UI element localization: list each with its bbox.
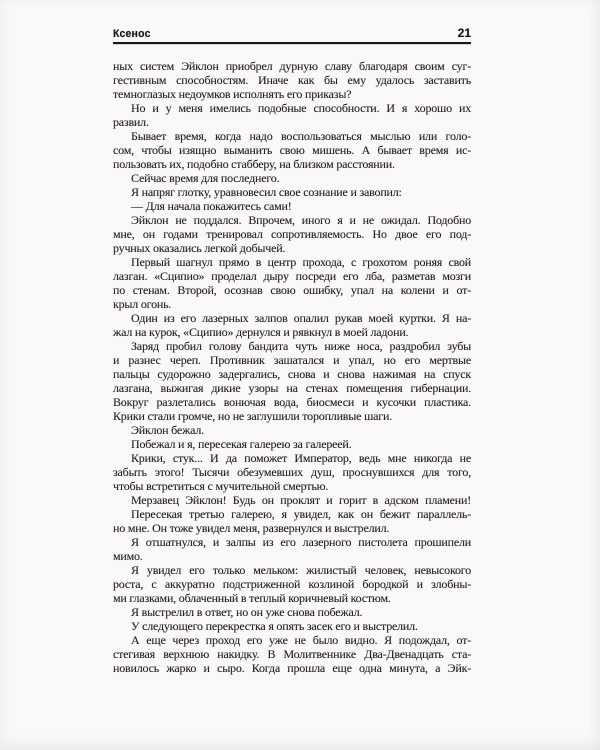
text-line: А еще через проход его уже не было видно… [113,633,471,647]
page-number: 21 [458,26,471,40]
text-line: Крики стали громче, но не заглушили торо… [113,409,471,423]
text-line: гестивным способностям. Иначе как бы ему… [113,73,471,87]
text-line: Мерзавец Эйклон! Будь он проклят и горит… [113,493,471,507]
text-line: лазгана, выжигая дикие узоры на стенах п… [113,381,471,395]
text-line: Я отшатнулся, и залпы из его лазерного п… [113,535,471,549]
text-line: Эйклон бежал. [113,423,471,437]
text-line: Крики, стук... И да поможет Император, в… [113,451,471,465]
text-line: Вокруг разлетались вонючая вода, биосмес… [113,395,471,409]
text-line: Я увидел его только мельком: жилистый че… [113,563,471,577]
text-line: пользовать их, подобно стабберу, на близ… [113,157,471,171]
book-page-scan: Ксенос 21 ных систем Эйклон приобрел дур… [0,0,600,750]
text-line: Бывает время, когда надо воспользоваться… [113,129,471,143]
text-line: ручных оказались легкой добычей. [113,241,471,255]
text-line: жал на курок, «Сципио» дернулся и рявкну… [113,325,471,339]
text-line: но мне. Он тоже увидел меня, развернулся… [113,521,471,535]
text-line: новилось жарко и сыро. Когда прошла еще … [113,661,471,675]
text-line: Заряд пробил голову бандита чуть ниже но… [113,339,471,353]
text-line: Первый шагнул прямо в центр прохода, с г… [113,255,471,269]
text-line: сом, чтобы изящно выманить свою мишень. … [113,143,471,157]
body-text: ных систем Эйклон приобрел дурную славу … [113,59,471,675]
text-line: У следующего перекрестка я опять засек е… [113,619,471,633]
text-line: мимо. [113,549,471,563]
text-line: лазган. «Сципио» проделал дыру посреди е… [113,269,471,283]
text-line: по стенам. Второй, осознав свою ошибку, … [113,283,471,297]
text-line: Я выстрелил в ответ, но он уже снова поб… [113,605,471,619]
text-line: Но и у меня имелись подобные способности… [113,101,471,115]
text-line: развил. [113,115,471,129]
text-line: Побежал и я, пересекая галерею за галере… [113,437,471,451]
text-line: темноглазых недоумков исполнять его прик… [113,87,471,101]
text-line: Я напряг глотку, уравновесил свое сознан… [113,185,471,199]
text-line: мне, он годами тренировал сопротивляемос… [113,227,471,241]
text-line: ми глазками, облаченный в теплый коричне… [113,591,471,605]
text-line: стегивая верхнюю накидку. В Молитвеннике… [113,647,471,661]
page-header: Ксенос 21 [113,26,471,40]
text-line: Пересекая третью галерею, я увидел, как … [113,507,471,521]
text-line: Эйклон не поддался. Впрочем, иного я и н… [113,213,471,227]
header-rule [113,42,471,44]
text-line: Один из его лазерных залпов опалил рукав… [113,311,471,325]
text-line: забыть этого! Тысячи обезумевших душ, пр… [113,465,471,479]
running-title: Ксенос [113,27,151,40]
text-line: крыл огонь. [113,297,471,311]
text-line: роста, с аккуратно подстриженной козлино… [113,577,471,591]
page-content: Ксенос 21 ных систем Эйклон приобрел дур… [113,26,471,675]
text-line: Сейчас время для последнего. [113,171,471,185]
text-line: чтобы встретиться с мучительной смертью. [113,479,471,493]
text-line: ных систем Эйклон приобрел дурную славу … [113,59,471,73]
text-line: пальцы судорожно задергались, снова и сн… [113,367,471,381]
text-line: и разнес череп. Противник зашатался и уп… [113,353,471,367]
text-line: — Для начала покажитесь сами! [113,199,471,213]
